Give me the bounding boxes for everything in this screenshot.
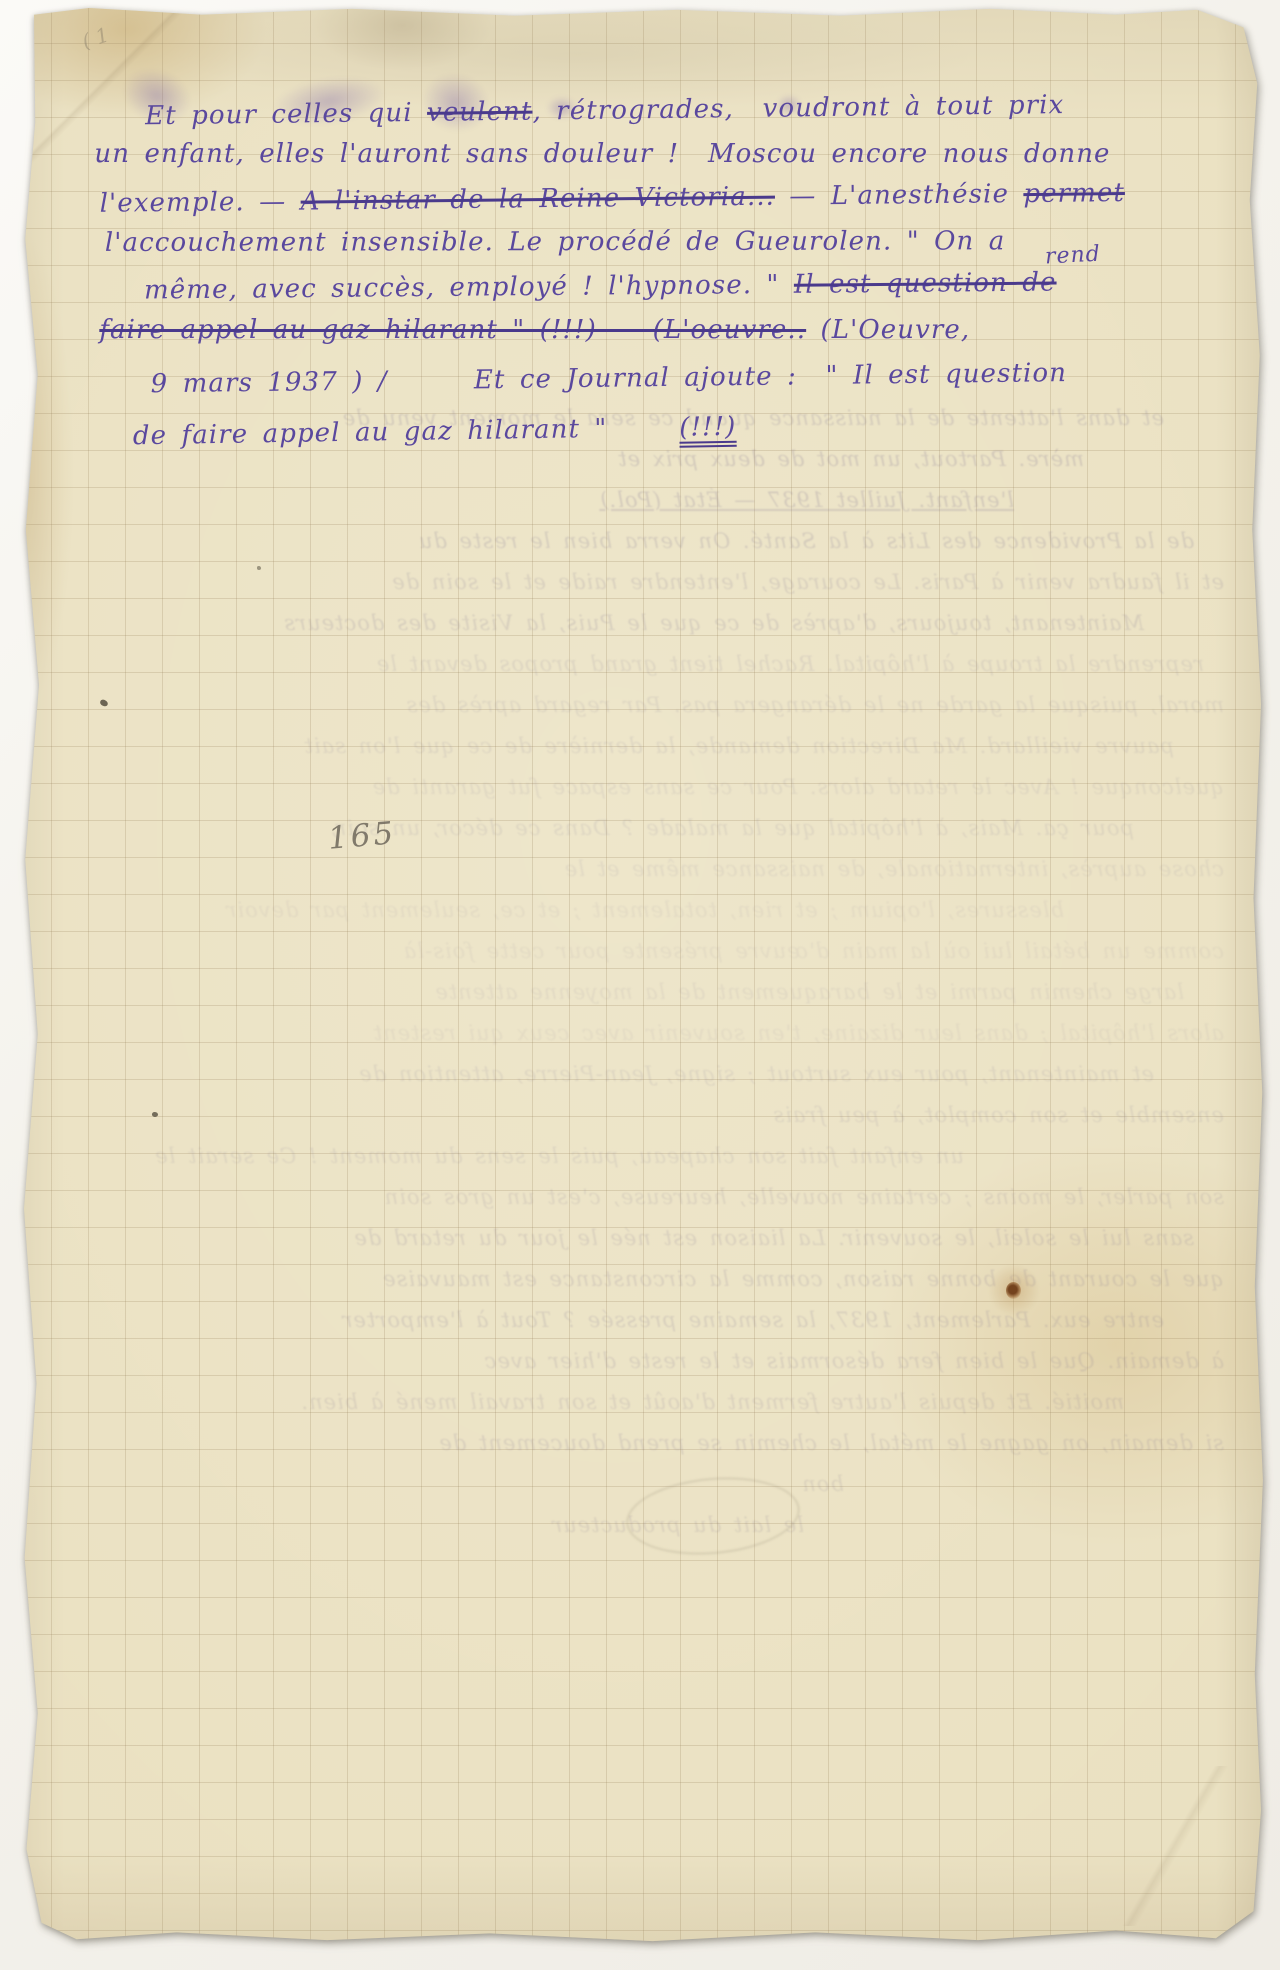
- manuscript-page: ( 1 Et pour celles qui veulent, rétrogra…: [14, 6, 1266, 1946]
- bleedthrough-line: pauvre vieillard. Ma Direction demande, …: [54, 726, 1224, 767]
- bleedthrough-line: mère. Partout, un mot de deux prix et: [54, 439, 1224, 480]
- brown-stain-spot: [1006, 1282, 1021, 1299]
- bleedthrough-line: alors l'hôpital ; dans leur dizaine, t'e…: [54, 1013, 1224, 1054]
- bleedthrough-line: à demain. Que le bien fera désormais et …: [54, 1341, 1224, 1382]
- manuscript-text: Et pour celles qui: [145, 98, 427, 131]
- paper-shadow: ( 1 Et pour celles qui veulent, rétrogra…: [0, 0, 1280, 1970]
- manuscript-text: un enfant, elles l'auront sans douleur !…: [94, 139, 1110, 169]
- bleedthrough-line: moral, puisque la garde ne le dérangera …: [54, 685, 1224, 726]
- bleedthrough-line: entre eux. Parlement, 1937, la semaine p…: [54, 1300, 1224, 1341]
- bleedthrough-line: et maintenant, pour eux surtout ; signe,…: [54, 1054, 1224, 1095]
- bleedthrough-line: et il faudra venir à Paris. Le courage, …: [54, 562, 1224, 603]
- manuscript-text: (L'Oeuvre,: [806, 315, 970, 345]
- bleedthrough-line: pour ça. Mais, à l'hôpital que la malade…: [54, 808, 1224, 849]
- ink-speck: [152, 1112, 158, 1117]
- manuscript-line: l'exemple. — A l'instar de la Reine Vict…: [99, 170, 1203, 226]
- struck-text: permet: [1023, 178, 1125, 209]
- manuscript-line: l'accouchement insensible. Le procédé de…: [105, 219, 1204, 265]
- manuscript-line: faire appel au gaz hilarant " (!!!) — (L…: [99, 308, 1204, 352]
- bleedthrough-line: quelconque ! Avec le retard alors. Pour …: [54, 767, 1224, 808]
- struck-text: Il est question de: [794, 268, 1057, 300]
- bleedthrough-line: l'enfant. Juillet 1937 — État (Pol.): [54, 480, 1224, 521]
- manuscript-text: 9 mars 1937 ) / Et ce Journal ajoute : "…: [150, 358, 1067, 399]
- bleedthrough-line: comme un bétail lui où la main d'œuvre p…: [54, 931, 1224, 972]
- ink-speck: [257, 566, 261, 570]
- bleedthrough-line: si demain, on gagne le métal, le chemin …: [54, 1423, 1224, 1464]
- inserted-correction-word: rend: [1044, 242, 1101, 270]
- bleedthrough-line: chose auprès, internationale, de naissan…: [54, 849, 1224, 890]
- bleedthrough-line: blessures, l'opium ; et rien, totalement…: [54, 890, 1224, 931]
- manuscript-line: un enfant, elles l'auront sans douleur !…: [94, 132, 1203, 176]
- bleedthrough-line: ensemble et son complot, à peu frais: [54, 1095, 1224, 1136]
- manuscript-text: même, avec succès, employé ! l'hypnose. …: [144, 270, 794, 306]
- bleedthrough-line: reprendre la troupe à l'hôpital. Rachel …: [54, 644, 1224, 685]
- bleedthrough-line: un enfant fait son chapeau, puis le sens…: [54, 1136, 1224, 1177]
- manuscript-line: Et pour celles qui veulent, rétrogrades,…: [145, 81, 1203, 138]
- struck-text: faire appel au gaz hilarant " (!!!) — (L…: [99, 315, 806, 345]
- manuscript-text: , rétrogrades, voudront à tout prix: [532, 90, 1064, 126]
- manuscript-text: l'accouchement insensible. Le procédé de…: [105, 226, 1006, 258]
- bleedthrough-line: et dans l'attente de la naissance quand …: [54, 398, 1224, 439]
- bleedthrough-line: moitié. Et depuis l'autre ferment d'août…: [54, 1382, 1224, 1423]
- verso-bleedthrough: et dans l'attente de la naissance quand …: [54, 398, 1224, 1578]
- manuscript-text: l'exemple. —: [100, 187, 301, 219]
- scanned-manuscript-photo: ( 1 Et pour celles qui veulent, rétrogra…: [0, 0, 1280, 1970]
- bleedthrough-line: son parler, le moins ; certaine nouvelle…: [54, 1177, 1224, 1218]
- bleedthrough-line: bon: [54, 1464, 1224, 1505]
- bleedthrough-line: que le courant de bonne raison, comme la…: [54, 1259, 1224, 1300]
- bleedthrough-line: de la Providence des Lits à la Santé. On…: [54, 521, 1224, 562]
- bleedthrough-line: Maintenant, toujours, d'après de ce que …: [54, 603, 1224, 644]
- bleedthrough-line: large chemin parmi et le baraquement de …: [54, 972, 1224, 1013]
- struck-text: veulent: [427, 97, 533, 128]
- manuscript-text: — L'anesthésie: [775, 179, 1024, 212]
- paper-crease-bottomright: [1074, 1766, 1274, 1926]
- struck-text: A l'instar de la Reine Victoria...: [300, 182, 775, 217]
- bleedthrough-line: sans lui le soleil, le souvenir. La liai…: [54, 1218, 1224, 1259]
